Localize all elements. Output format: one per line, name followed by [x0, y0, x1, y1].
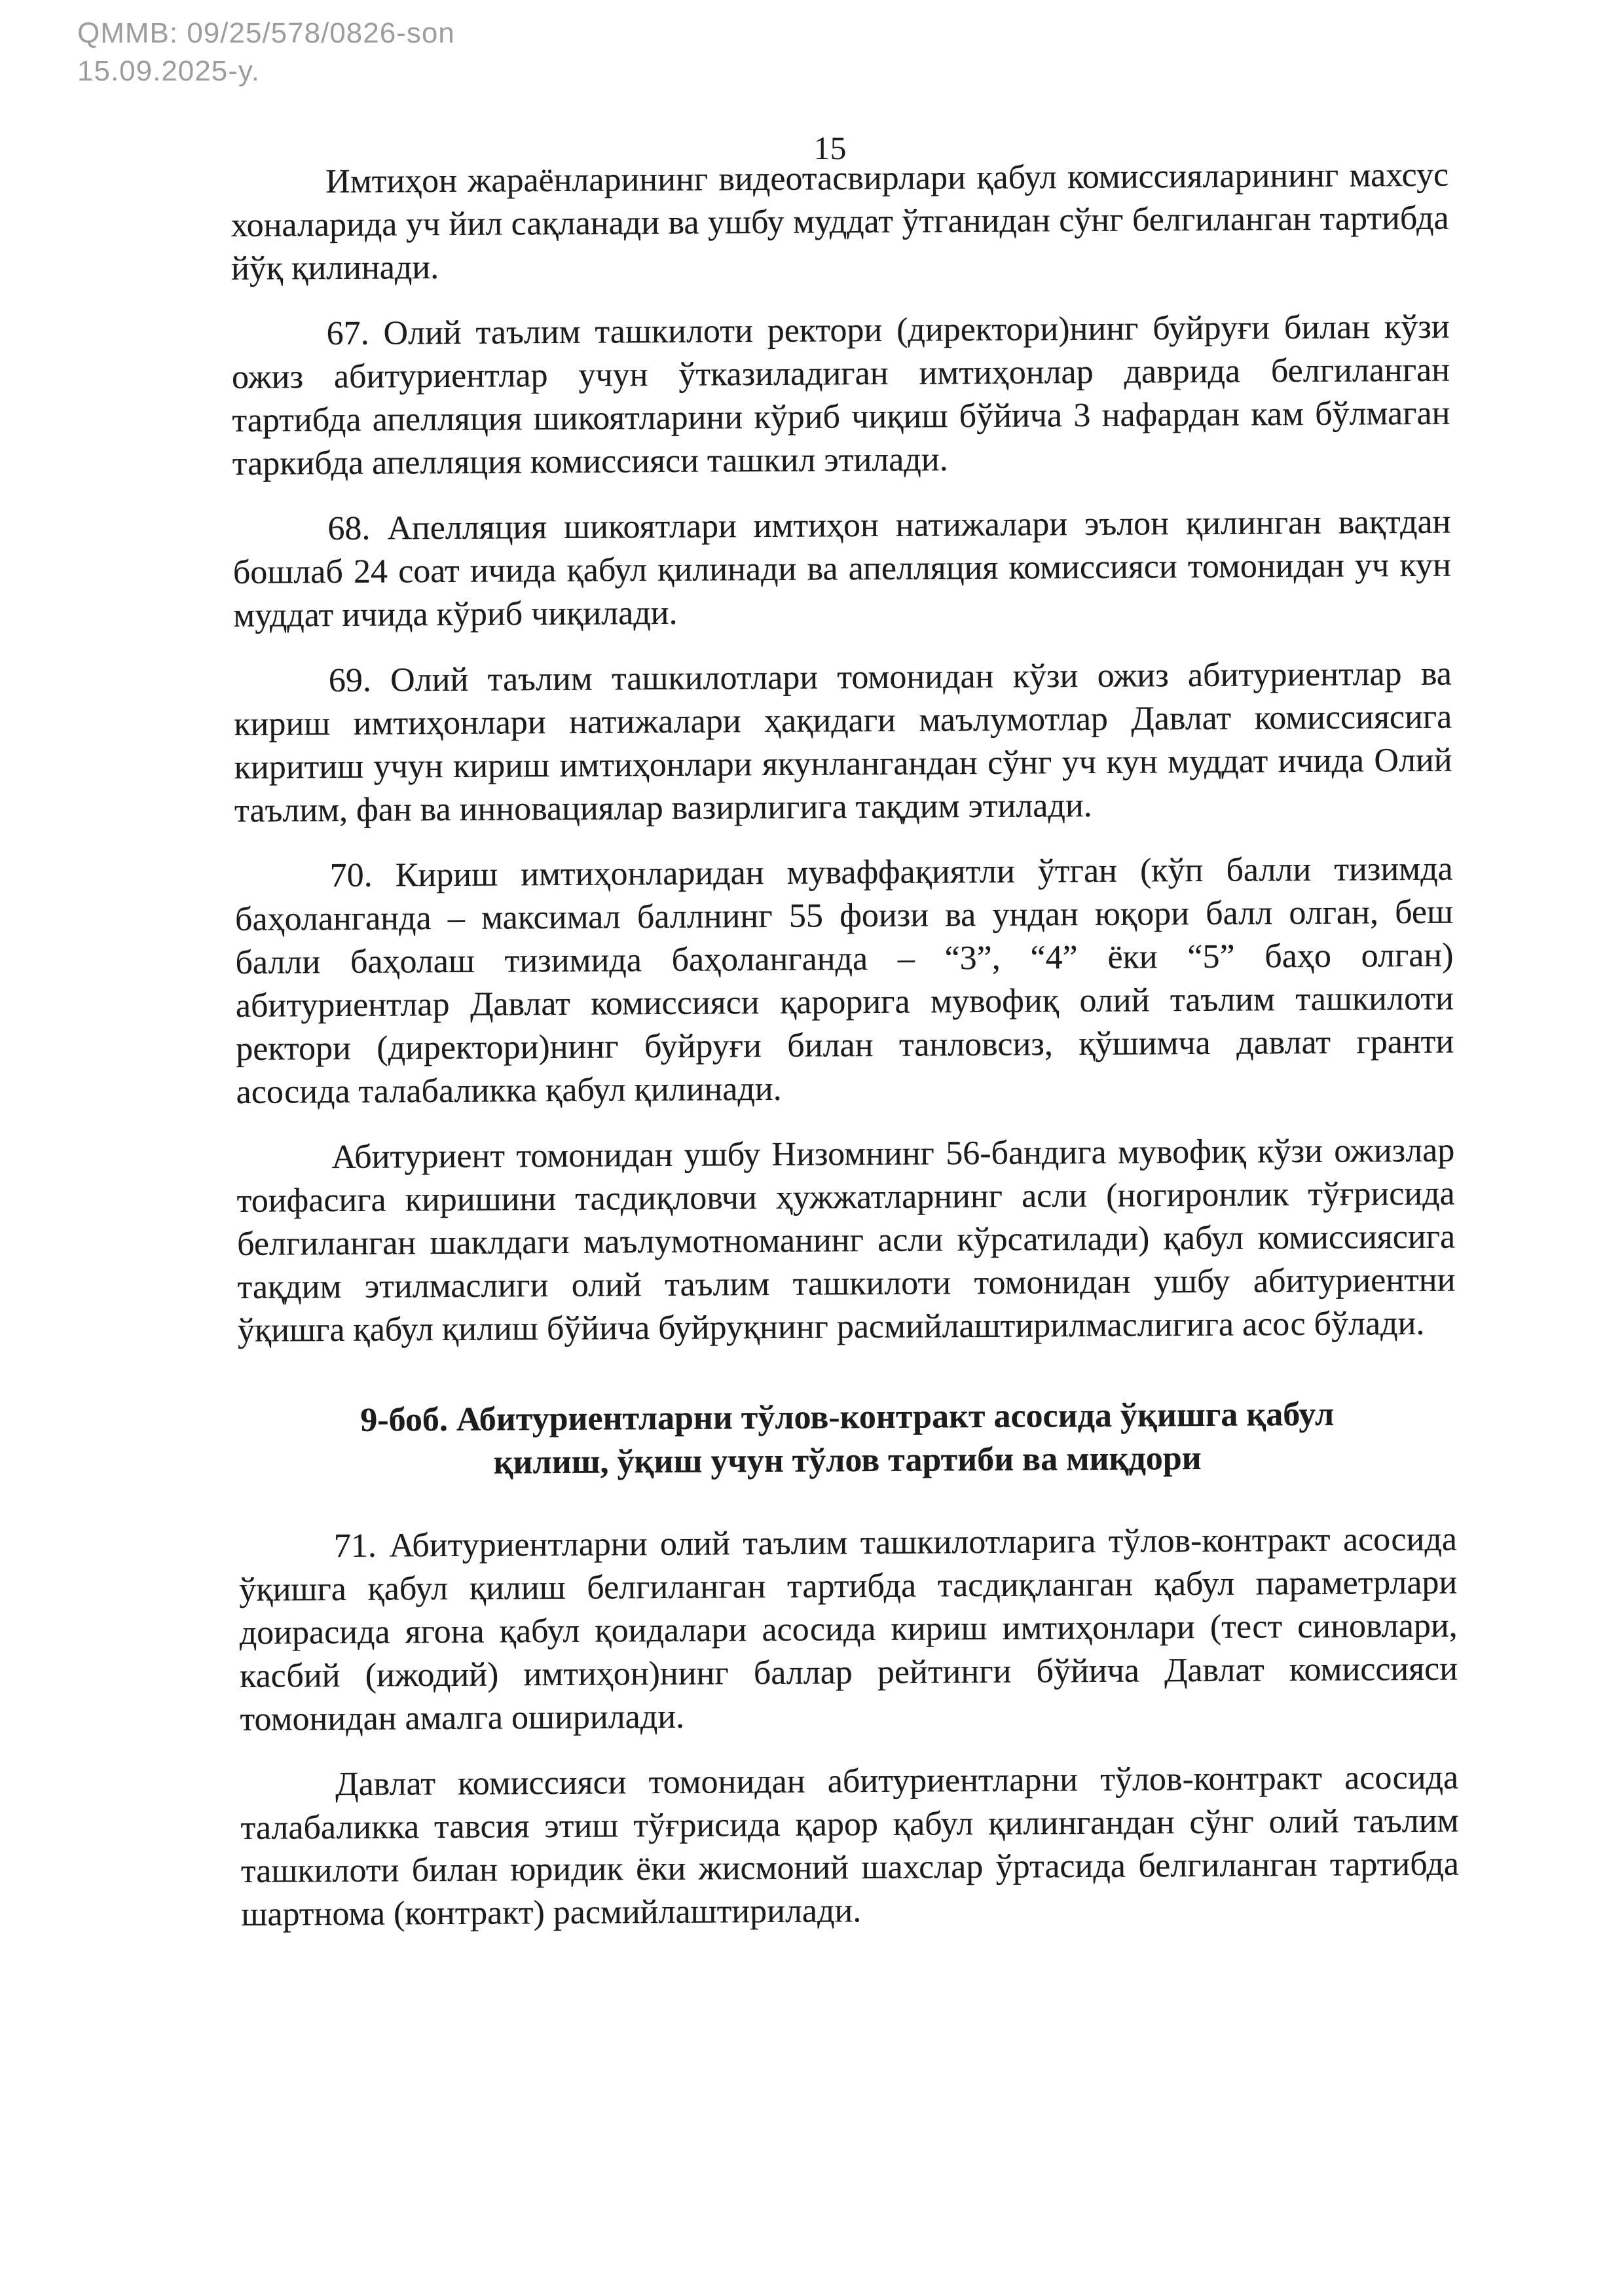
registration-stamp: QMMB: 09/25/578/0826-son 15.09.2025-y.: [77, 14, 455, 90]
chapter-9-heading: 9-боб. Абитуриентларни тўлов-контракт ас…: [350, 1393, 1346, 1485]
paragraph-71: 71. Абитуриентларни олий таълим ташкилот…: [239, 1518, 1458, 1741]
document-page: QMMB: 09/25/578/0826-son 15.09.2025-y. 1…: [0, 0, 1624, 2296]
stamp-number: QMMB: 09/25/578/0826-son: [77, 14, 455, 52]
stamp-date: 15.09.2025-y.: [77, 52, 455, 90]
paragraph-70: 70. Кириш имтиҳонларидан муваффақиятли ў…: [234, 848, 1454, 1114]
paragraph-68: 68. Апелляция шикоятлари имтиҳон натижал…: [232, 501, 1451, 638]
document-body: Имтиҳон жараёнларининг видеотасвирлари қ…: [231, 154, 1460, 1937]
paragraph-71-note: Давлат комиссияси томонидан абитуриентла…: [240, 1757, 1460, 1937]
paragraph-70-note: Абитуриент томонидан ушбу Низомнинг 56-б…: [236, 1129, 1456, 1353]
paragraph-67: 67. Олий таълим ташкилоти ректори (дирек…: [231, 306, 1450, 486]
paragraph-69: 69. Олий таълим ташкилотлари томонидан к…: [234, 653, 1453, 833]
paragraph-video-records: Имтиҳон жараёнларининг видеотасвирлари қ…: [231, 154, 1449, 291]
